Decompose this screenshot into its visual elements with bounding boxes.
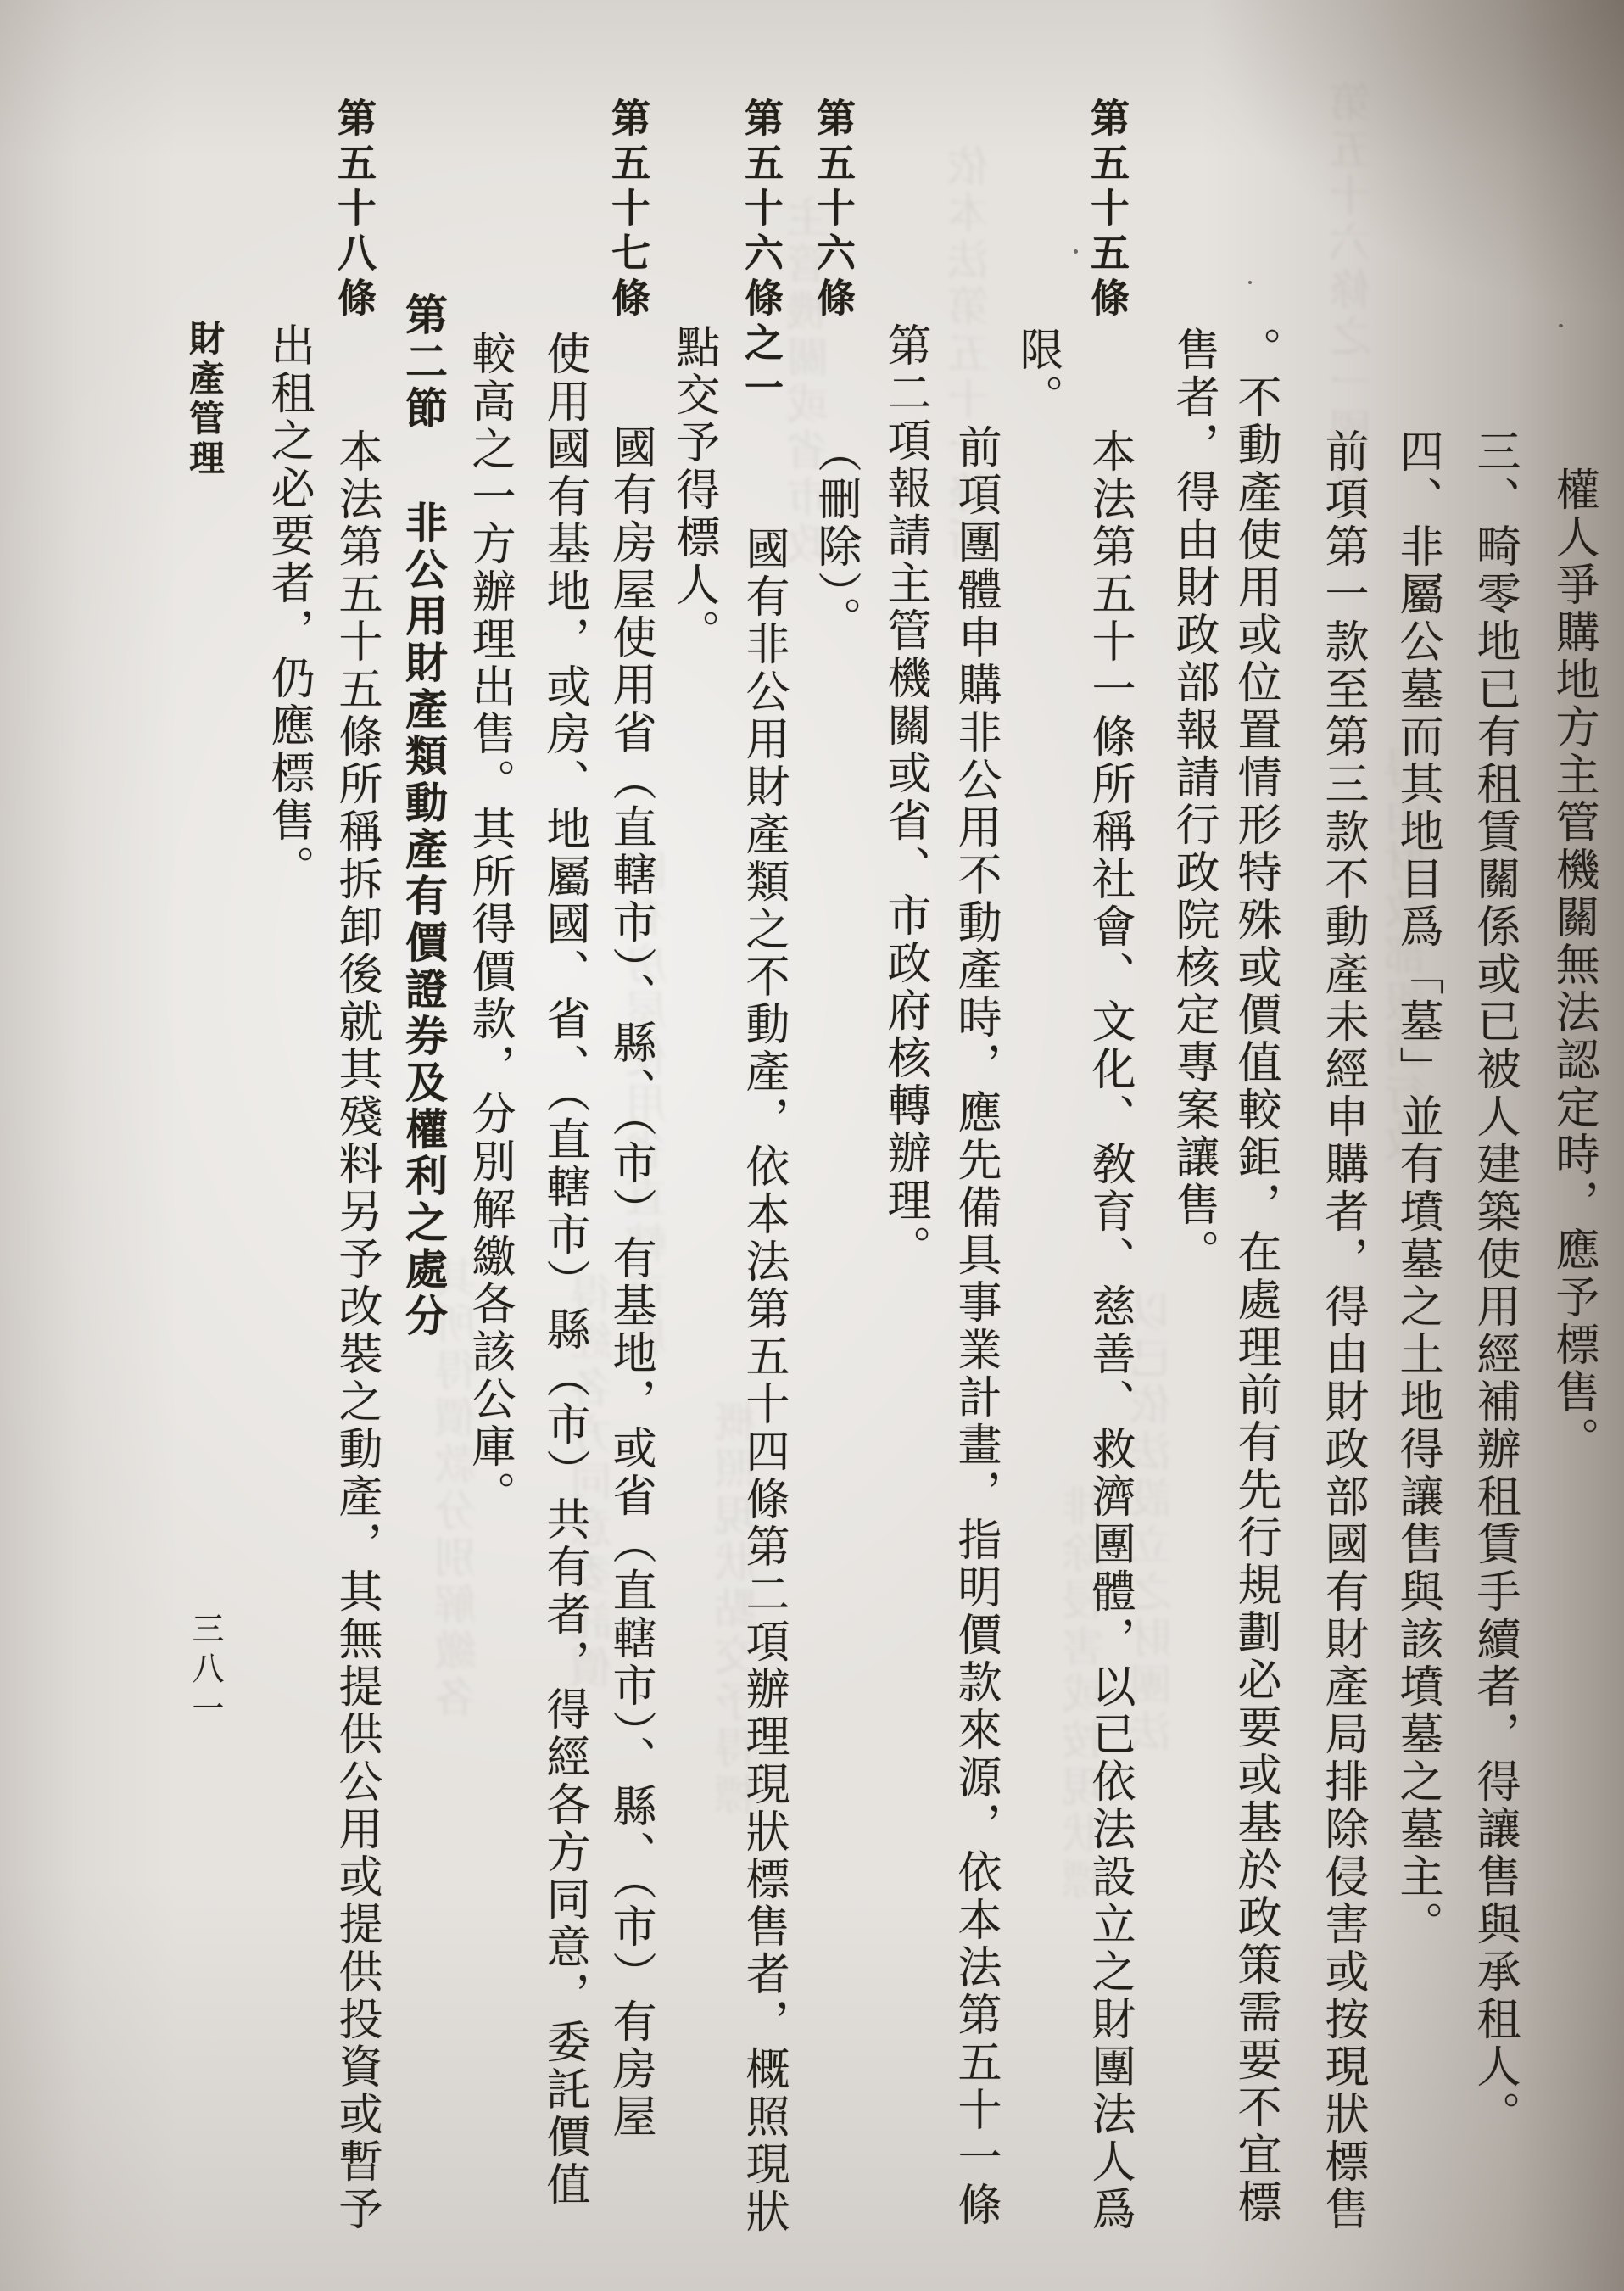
article-55-body-line-2: 限。	[1005, 327, 1069, 422]
article-56-1-number: 第五十六條之一	[733, 98, 789, 412]
paper-highlight	[0, 0, 1624, 2291]
article-58-body-line-1: 本法第五十五條所稱拆卸後就其殘料另予改裝之動產，其無提供公用或提供投資或暫予	[324, 428, 388, 2233]
section-2-title: 非公用財產類動產有價證券及權利之處分	[393, 500, 454, 1340]
ink-speck	[1074, 249, 1078, 254]
article-56-1-body-line-2: 點交予得標人。	[661, 324, 725, 657]
article-54-item-4: 四、非屬公墓而其地目爲「墓」並有墳墓之土地得讓售與該墳墓之墓主。	[1385, 428, 1448, 1948]
page-number: 三八一	[181, 1612, 228, 1731]
section-2-number: 第二節	[393, 293, 454, 433]
article-57-body-line-1: 國有房屋使用省（直轄市）、縣、（市）有基地，或省（直轄市）、縣、（市）有房屋	[598, 424, 661, 2141]
article-55-paragraph2-line-1: 前項團體申購非公用不動產時，應先備具事業計畫，指明價款來源，依本法第五十一條	[943, 424, 1007, 2229]
ink-speck	[1248, 281, 1252, 284]
article-58-body-line-2: 出租之必要者，仍應標售。	[256, 322, 320, 892]
corner-shadow	[0, 0, 1624, 2291]
article-55-number: 第五十五條	[1079, 98, 1135, 322]
article-58-number: 第五十八條	[326, 98, 382, 322]
article-54-item-3: 三、畸零地已有租賃關係或已被人建築使用經補辦租賃手續者，得讓售與承租人。	[1462, 428, 1526, 2138]
article-56-body: （刪除）。	[803, 428, 867, 644]
article-56-1-body-line-1: 國有非公用財產類之不動產，依本法第五十四條第二項辦理現狀標售者，概照現狀	[731, 526, 795, 2236]
article-55-body-line-1: 本法第五十一條所稱社會、文化、敎育、慈善、救濟團體，以已依法設立之財團法人爲	[1077, 428, 1141, 2233]
left-edge-shadow	[0, 0, 1624, 2291]
ink-speck	[1559, 324, 1563, 327]
article-57-body-line-2: 使用國有基地，或房、地屬國、省、（直轄市）縣（市）共有者，得經各方同意，委託價值	[532, 331, 595, 2209]
scanned-statute-page: 第五十六條之一國有 得由財政部報請行政 依本法第五十一條所 主管機關或省市政 國…	[0, 0, 1624, 2291]
gutter-shadow	[0, 0, 1624, 2291]
article-54-continuation-line: 權人爭購地方主管機關無法認定時，應予標售。	[1541, 467, 1604, 1464]
running-title: 財產管理	[178, 320, 229, 479]
article-55-paragraph2-line-2: 第二項報請主管機關或省、市政府核轉辦理。	[873, 322, 936, 1272]
article-54-paragraph-line-2: 。不動產使用或位置情形特殊或價值較鉅，在處理前有先行規劃必要或基於政策需要不宜標	[1223, 327, 1286, 2227]
article-57-number: 第五十七條	[600, 98, 656, 322]
top-bottom-shadow	[0, 0, 1624, 2291]
article-56-number: 第五十六條	[805, 98, 861, 322]
article-54-paragraph-line-1: 前項第一款至第三款不動產未經申購者，得由財政部國有財產局排除侵害或按現狀標售	[1310, 428, 1374, 2233]
article-54-paragraph-line-3: 售者，得由財政部報請行政院核定專案讓售。	[1161, 327, 1225, 1277]
article-57-body-line-3: 較高之一方辦理出售。其所得價款，分別解繳各該公庫。	[457, 331, 521, 1518]
